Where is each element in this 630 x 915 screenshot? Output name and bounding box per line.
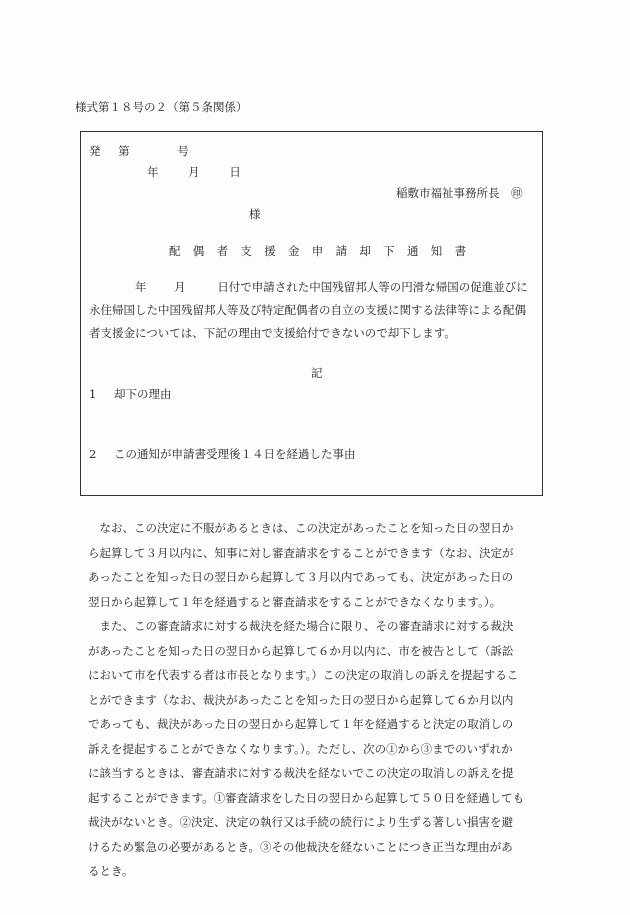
title-char: 下 [383,243,407,259]
issue-date: 年 月 日 [147,164,241,180]
date-day: 日 [229,165,241,179]
title-char: 通 [407,243,431,259]
notice-frame: 発 第 号 年 月 日 稲敷市福祉事務所長 ㊞ 様 配偶者支援金申請却下通知書 … [80,131,543,496]
title-char: 配 [169,243,193,259]
addressee: 様 [249,206,261,222]
item-delay-reason: 2 この通知が申請書受理後１４日を経過した事由 [89,446,355,462]
notice-line: あったことを知った日の翌日から起算して３月以内であっても、決定があった日の [88,565,558,590]
notice-line: において市を代表する者は市長となります。）この決定の取消しの訴えを提起するこ [88,663,558,688]
body-line1-rest: 日付で申請された中国残留邦人等の円滑な帰国の促進並びに [217,280,528,294]
body-year: 年 [135,280,147,294]
body-line-3: 者支援金については、下記の理由で支援給付できないので却下します。 [89,325,456,341]
notice-line: に該当するときは、審査請求に対する裁決を経ないでこの決定の取消しの訴えを提 [88,761,558,786]
notice-line: なお、この決定に不服があるときは、この決定があったことを知った日の翌日か [88,516,558,541]
document-title: 配偶者支援金申請却下通知書 [169,243,478,259]
notice-line: けるため緊急の必要があるとき。③その他裁決を経ないことにつき正当な理由があ [88,835,558,860]
body-month: 月 [174,280,186,294]
body-line-1: 年 月 日付で申請された中国残留邦人等の円滑な帰国の促進並びに [135,279,528,295]
date-year: 年 [147,165,159,179]
title-char: 金 [288,243,312,259]
notice-line: 起することができます。①審査請求をした日の翌日から起算して５０日を経過しても [88,786,558,811]
issue-go: 号 [177,144,189,158]
issue-prefix: 発 [89,144,101,158]
title-char: 偶 [193,243,217,259]
notice-line: があったことを知った日の翌日から起算して６か月以内に、市を被告として（訴訟 [88,639,558,664]
form-number: 様式第１８号の２（第５条関係） [75,99,248,115]
title-char: 書 [455,243,479,259]
item-label: この通知が申請書受理後１４日を経過した事由 [114,447,356,461]
item-number: 2 [89,447,96,461]
notice-line: また、この審査請求に対する裁決を経た場合に限り、その審査請求に対する裁決 [88,614,558,639]
notice-line: 訴えを提起することができなくなります。）。ただし、次の①から③までのいずれか [88,737,558,762]
title-char: 申 [312,243,336,259]
ki-heading: 記 [311,365,323,381]
title-char: 者 [217,243,241,259]
item-number: 1 [89,387,96,401]
title-char: 却 [359,243,383,259]
date-month: 月 [188,165,200,179]
title-char: 知 [431,243,455,259]
title-char: 支 [240,243,264,259]
notice-line: るとき。 [88,859,558,884]
body-line-2: 永住帰国した中国残留邦人等及び特定配偶者の自立の支援に関する法律等による配偶 [89,302,526,318]
issue-dai: 第 [118,144,130,158]
issuer: 稲敷市福祉事務所長 ㊞ [396,185,523,201]
appeal-notice: なお、この決定に不服があるときは、この決定があったことを知った日の翌日か ら起算… [88,516,558,884]
item-rejection-reason: 1 却下の理由 [89,386,171,402]
notice-line: ら起算して３月以内に、知事に対し審査請求をすることができます（なお、決定が [88,541,558,566]
title-char: 援 [264,243,288,259]
notice-line: 翌日から起算して１年を経過すると審査請求をすることができなくなります。）。 [88,590,558,615]
issue-number: 発 第 号 [89,143,189,159]
item-label: 却下の理由 [114,387,172,401]
notice-line: であっても、裁決があった日の翌日から起算して１年を経過すると決定の取消しの [88,712,558,737]
notice-line: 裁決がないとき。②決定、決定の執行又は手続の続行により生ずる著しい損害を避 [88,810,558,835]
notice-line: とができます（なお、裁決があったことを知った日の翌日から起算して６か月以内 [88,688,558,713]
title-char: 請 [336,243,360,259]
